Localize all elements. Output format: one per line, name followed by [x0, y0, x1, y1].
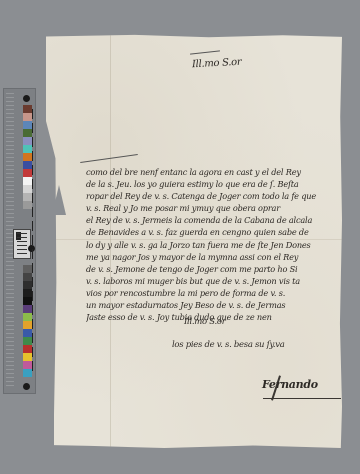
body-line: de la s. Jeu. los yo guiera estimy lo qu… [86, 178, 338, 190]
color-calibration-target [3, 88, 36, 394]
body-line: de v. s. Jemone de tengo de Joger com me… [86, 263, 338, 275]
body-line: vios por rencostumbre la mi pero de form… [86, 287, 338, 299]
color-swatch [23, 369, 32, 377]
color-swatch [23, 361, 32, 369]
color-swatch [23, 169, 32, 177]
color-swatch [23, 121, 32, 129]
color-swatch [23, 185, 32, 193]
body-line: el Rey de v. s. Jermeis la comenda de la… [86, 214, 338, 226]
body-line: lo dy y alle v. s. ga la Jorzo tan fuera… [86, 239, 338, 251]
color-swatch [23, 345, 32, 353]
registration-dot-bottom [23, 383, 30, 390]
color-swatch [23, 161, 32, 169]
body-line: de Benavides a v. s. faz guerda en cengn… [86, 226, 338, 238]
color-swatch [23, 289, 32, 297]
body-line: ropar del Rey de v. s. Catenga de Joger … [86, 190, 338, 202]
body-line: me ya nagor Jos y mayor de la mymna assi… [86, 251, 338, 263]
color-swatch [23, 153, 32, 161]
color-swatches-top [23, 105, 32, 209]
color-swatch [23, 129, 32, 137]
target-label [13, 229, 31, 259]
body-line: como del bre nenf entanc la agora en cas… [86, 166, 338, 178]
signature-underline [263, 398, 341, 399]
color-swatch [23, 193, 32, 201]
target-spine [32, 109, 33, 373]
closing-salutation: Ill.mo S.or [184, 317, 225, 327]
body-line: v. s. laboros mi muger bis but que de v.… [86, 275, 338, 287]
color-swatch [23, 105, 32, 113]
color-swatches-bottom [23, 265, 32, 377]
color-swatch [23, 321, 32, 329]
color-swatch [23, 353, 32, 361]
color-swatch [23, 337, 32, 345]
closing-line: los pies de v. s. besa su ſy.va [172, 340, 285, 350]
color-swatch [23, 305, 32, 313]
color-swatch [23, 177, 32, 185]
color-swatch [23, 297, 32, 305]
color-swatch [23, 313, 32, 321]
paper-tear-notch [52, 185, 66, 215]
color-swatch [23, 281, 32, 289]
color-swatch [23, 113, 32, 121]
letter-body: como del bre nenf entanc la agora en cas… [86, 166, 338, 323]
color-swatch [23, 265, 32, 273]
color-swatch [23, 201, 32, 209]
body-line: un mayor estadurnatos Jey Beso de v. s. … [86, 299, 338, 311]
color-swatch [23, 137, 32, 145]
color-swatch [23, 273, 32, 281]
color-swatch [23, 145, 32, 153]
color-swatch [23, 329, 32, 337]
registration-dot-top [23, 95, 30, 102]
body-line: v. s. Real y Jo me posar mi ymuy que obe… [86, 202, 338, 214]
signature: Fernando [262, 378, 318, 391]
